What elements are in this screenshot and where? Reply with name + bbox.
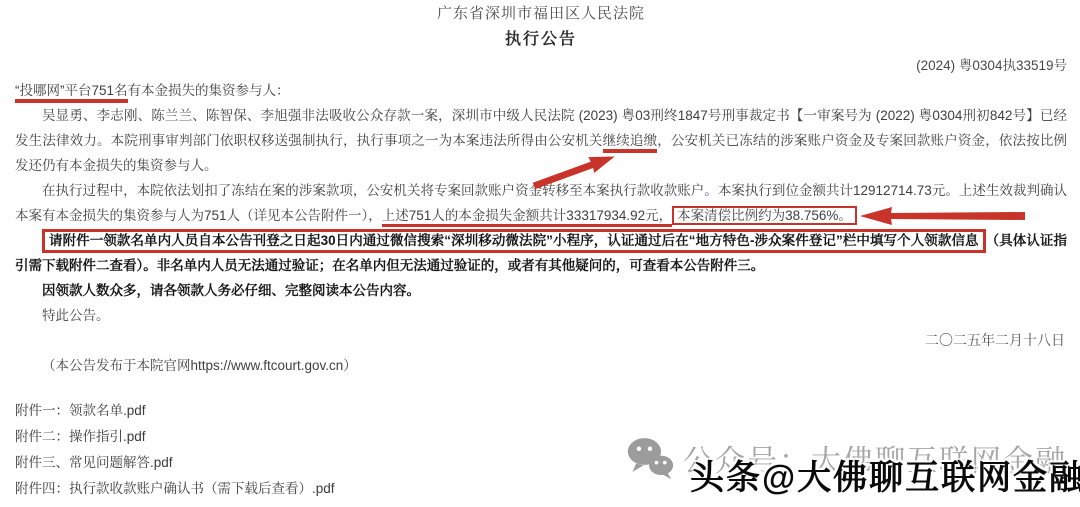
platform-name-underlined: “投哪网”平台751名 [15, 83, 128, 103]
recovery-continue-underlined: 继续追缴 [603, 133, 658, 153]
court-name: 广东省深圳市福田区人民法院 [15, 2, 1067, 26]
claim-instruction-boxed: 请附件一领款名单内人员自本公告刊登之日起30日内通过微信搜索“深圳移动微法院”小… [42, 229, 986, 253]
read-carefully-line: 因领款人数众多，请各领款人务必仔细、完整阅读本公告内容。 [15, 278, 1067, 303]
case-background-paragraph: 吴显勇、李志刚、陈兰兰、陈智保、李旭强非法吸收公众存款一案，深圳市中级人民法院 … [15, 103, 1067, 178]
announcement-date: 二〇二五年二月十八日 [15, 328, 1067, 353]
official-site-note: （本公告发布于本院官网https://www.ftcourt.gov.cn） [15, 353, 1067, 378]
red-arrow-left-icon [860, 207, 1025, 225]
document-body: 广东省深圳市福田区人民法院 执行公告 (2024) 粤0304执33519号 “… [15, 2, 1067, 502]
repayment-ratio-text: 本案清偿比例约为38.756%。 [677, 208, 852, 223]
case-number: (2024) 粤0304执33519号 [15, 53, 1067, 78]
principal-loss-underlined: 上述751人的本金损失金额共计33317934.92元， [382, 208, 672, 227]
platform-victims-line: “投哪网”平台751名有本金损失的集资参与人： [15, 78, 1067, 103]
wechat-icon [626, 436, 674, 480]
repayment-ratio-box: 本案清偿比例约为38.756%。 [672, 206, 857, 225]
hereby-announced-line: 特此公告。 [15, 303, 1067, 328]
toutiao-watermark: 头条@大佛聊互联网金融 [690, 450, 1080, 499]
platform-victims-rest: 有本金损失的集资参与人： [128, 83, 290, 98]
claim-instruction-paragraph: 请附件一领款名单内人员自本公告刊登之日起30日内通过微信搜索“深圳移动微法院”小… [15, 228, 1067, 278]
announcement-title: 执行公告 [15, 26, 1067, 53]
announcement-page: 广东省深圳市福田区人民法院 执行公告 (2024) 粤0304执33519号 “… [0, 0, 1080, 507]
attachment-item: 附件一：领款名单.pdf [15, 398, 1067, 424]
